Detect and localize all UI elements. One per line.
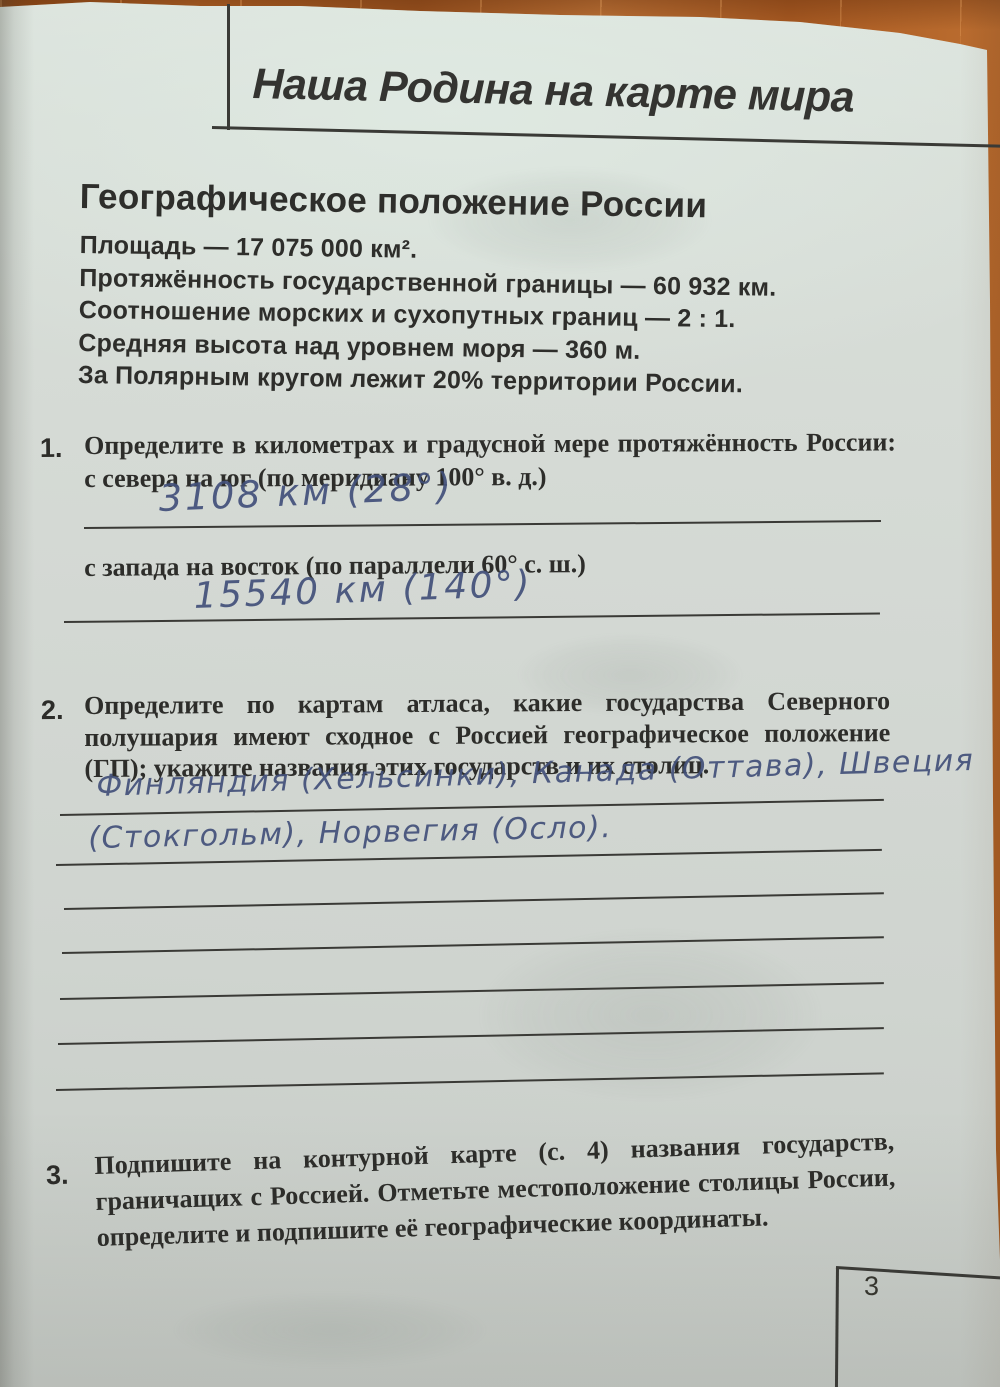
- header-box-left-border: [227, 4, 230, 130]
- facts-list: Площадь — 17 075 000 км². Протяжённость …: [78, 229, 930, 403]
- photo-of-workbook-page: { "colors":{ "desk":"#a85a22", "paper":"…: [0, 0, 1000, 1387]
- question-2-number: 2.: [41, 697, 64, 724]
- question-1-number: 1.: [40, 435, 63, 462]
- page-number: 3: [864, 1273, 879, 1300]
- question-3-number: 3.: [46, 1162, 69, 1190]
- section-title: Географическое положение России: [79, 179, 707, 223]
